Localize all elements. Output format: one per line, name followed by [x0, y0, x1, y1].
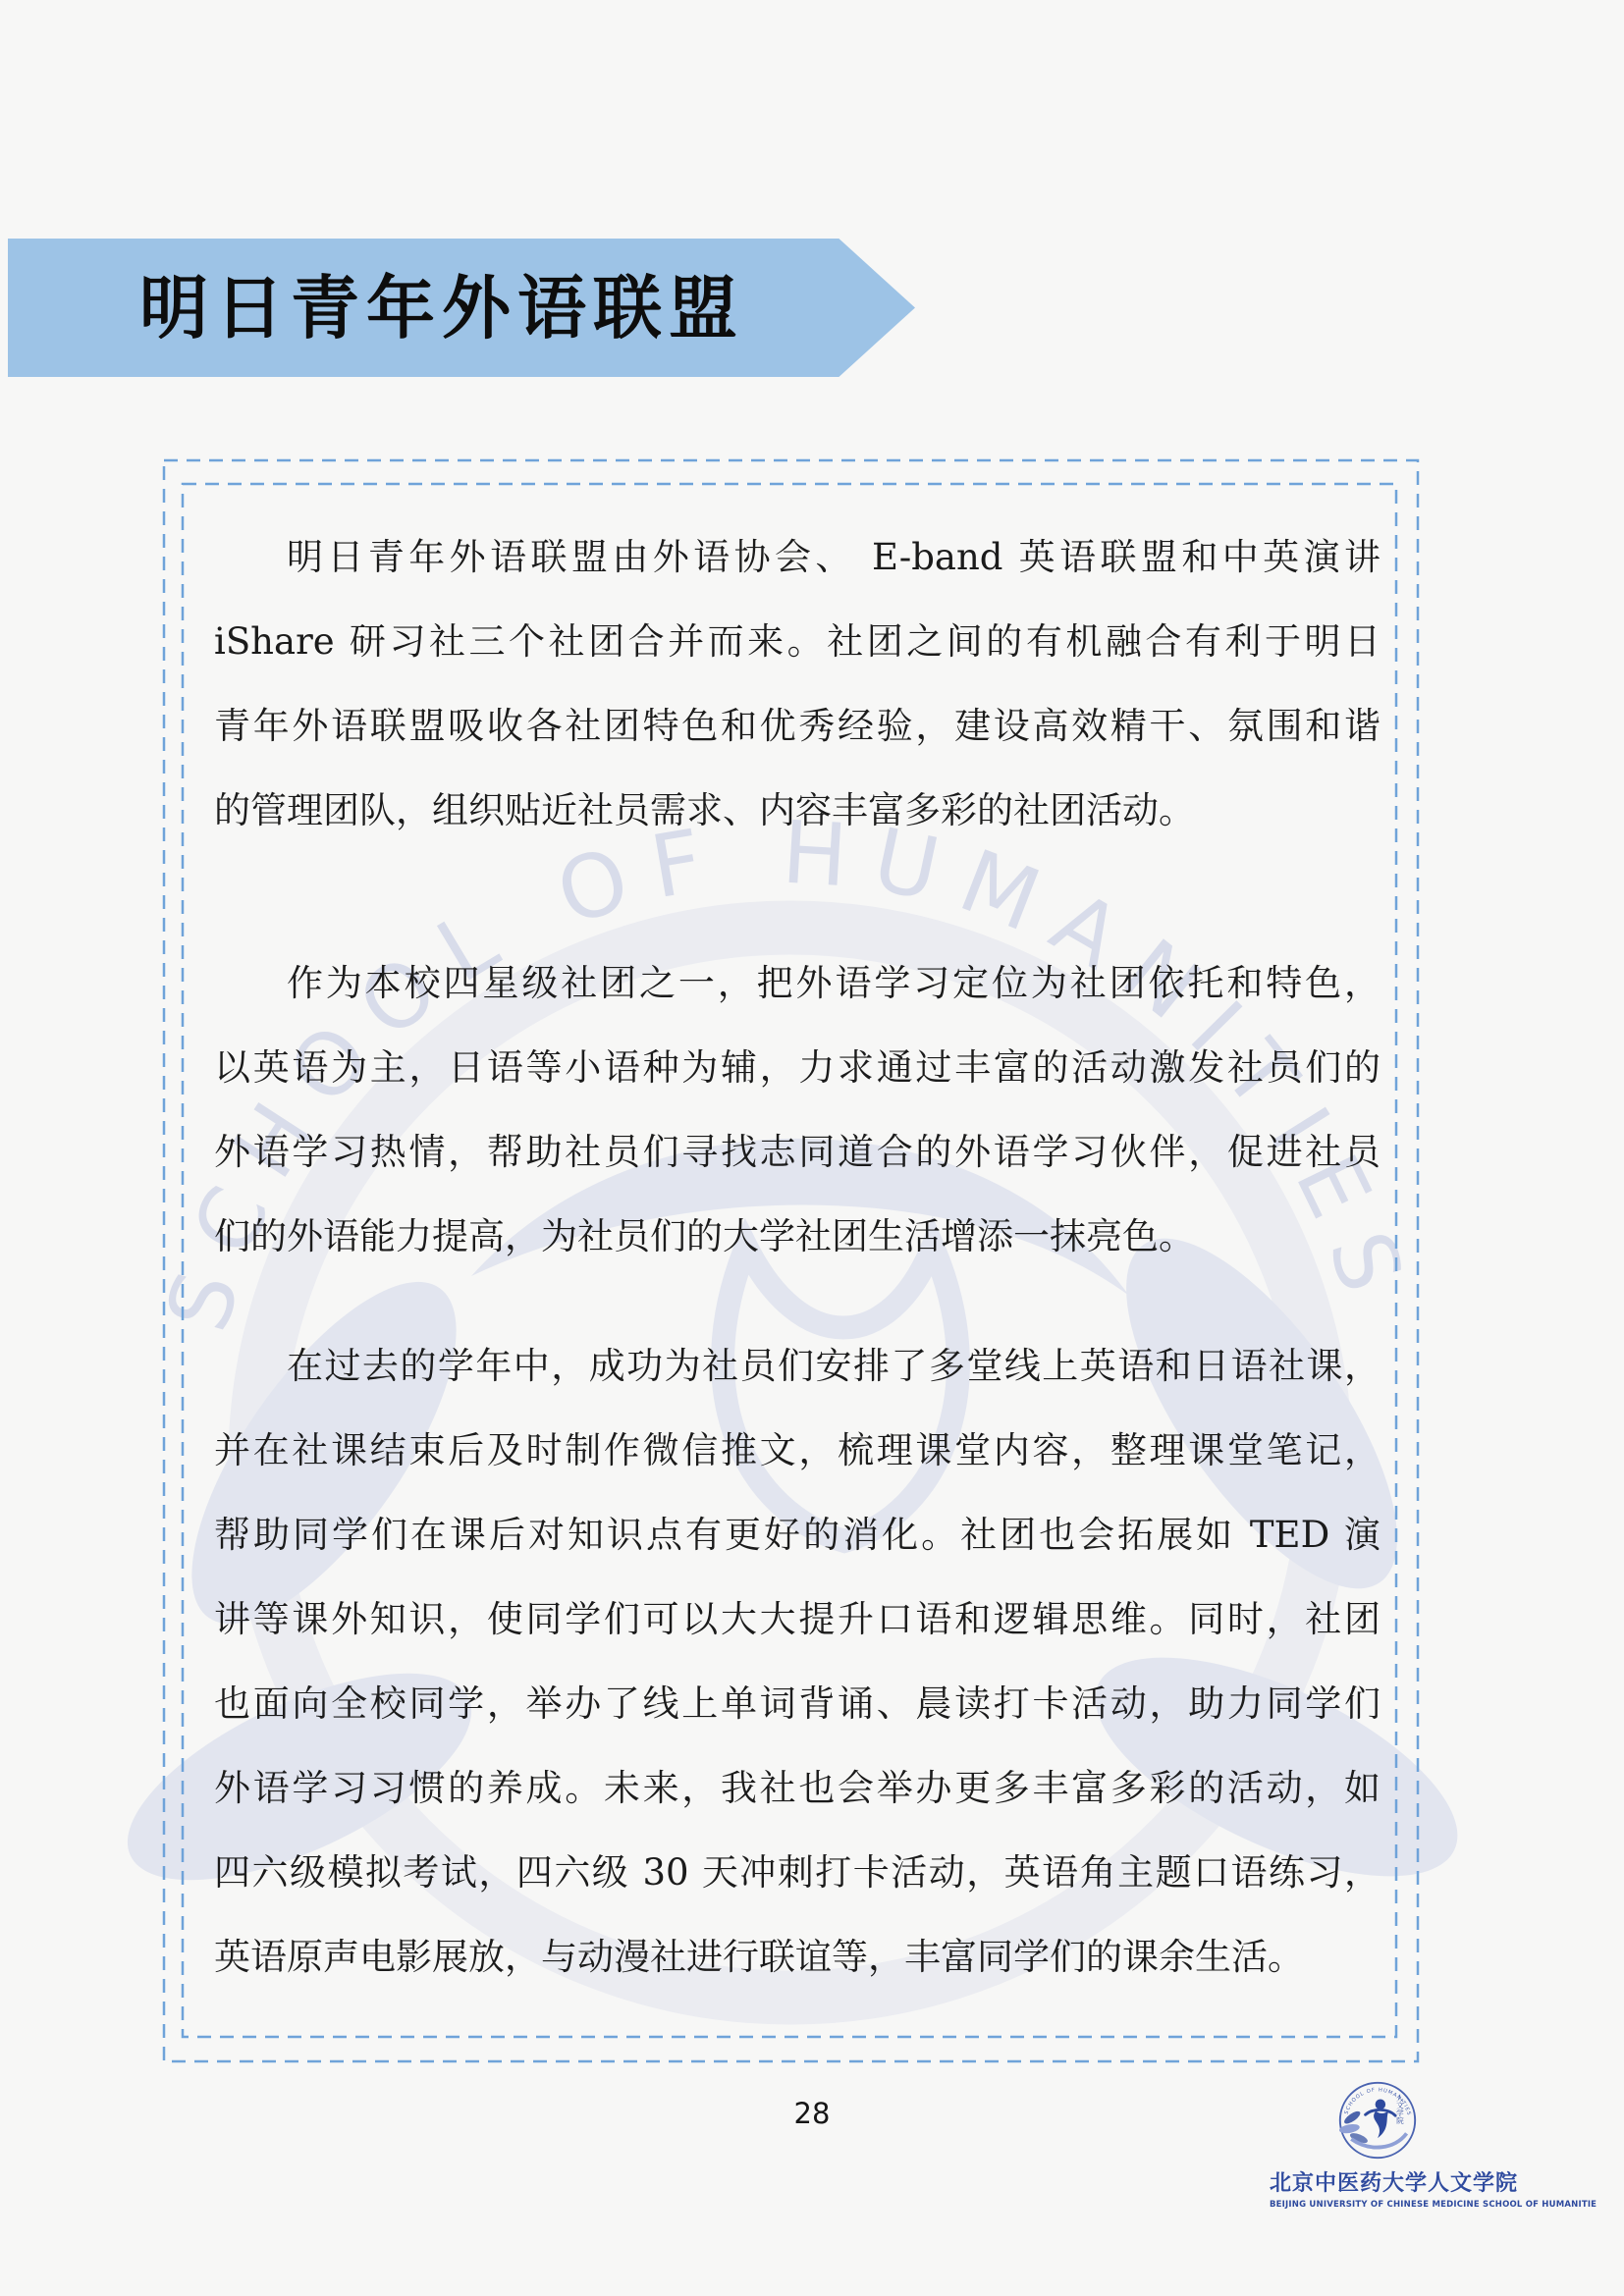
document-page: SCHOOL OF HUMANITIES 明日青年外语联盟 明日青年外语联盟由外…	[0, 0, 1624, 2296]
text-line: 讲等课外知识，使同学们可以大大提升口语和逻辑思维。同时，社团	[214, 1577, 1380, 1662]
paragraph-1: 明日青年外语联盟由外语协会、 E-band 英语联盟和中英演讲 iShare 研…	[214, 515, 1380, 853]
paragraph-3: 在过去的学年中，成功为社员们安排了多堂线上英语和日语社课， 并在社课结束后及时制…	[214, 1324, 1380, 2000]
text-line: 帮助同学们在课后对知识点有更好的消化。社团也会拓展如 TED 演	[214, 1493, 1380, 1577]
school-emblem-icon: SCHOOL OF HUMANITIES 人文学院	[1328, 2079, 1427, 2162]
text-line: 外语学习热情，帮助社员们寻找志同道合的外语学习伙伴，促进社员	[214, 1110, 1380, 1195]
emblem-figure	[1366, 2100, 1396, 2139]
paragraph-2: 作为本校四星级社团之一，把外语学习定位为社团依托和特色， 以英语为主，日语等小语…	[214, 941, 1380, 1279]
text-line: 青年外语联盟吸收各社团特色和优秀经验，建设高效精干、氛围和谐	[214, 684, 1380, 769]
text-line: 作为本校四星级社团之一，把外语学习定位为社团依托和特色，	[214, 941, 1380, 1026]
text-line: iShare 研习社三个社团合并而来。社团之间的有机融合有利于明日	[214, 600, 1380, 684]
text-line: 英语原声电影展放，与动漫社进行联谊等，丰富同学们的课余生活。	[214, 1915, 1380, 2000]
school-name-cn: 北京中医药大学人文学院	[1270, 2166, 1486, 2197]
emblem-seal-text: 人文学院	[1395, 2093, 1404, 2125]
school-name-en: BEIJING UNIVERSITY OF CHINESE MEDICINE S…	[1270, 2200, 1486, 2210]
text-line: 们的外语能力提高，为社员们的大学社团生活增添一抹亮色。	[214, 1195, 1380, 1279]
school-logo: SCHOOL OF HUMANITIES 人文学院 北京中医药大学人文学院 BE…	[1270, 2079, 1486, 2210]
text-line: 也面向全校同学，举办了线上单词背诵、晨读打卡活动，助力同学们	[214, 1662, 1380, 1746]
text-line: 以英语为主，日语等小语种为辅，力求通过丰富的活动激发社员们的	[214, 1026, 1380, 1110]
text-line: 明日青年外语联盟由外语协会、 E-band 英语联盟和中英演讲	[214, 515, 1380, 600]
text-line: 并在社课结束后及时制作微信推文，梳理课堂内容，整理课堂笔记，	[214, 1409, 1380, 1493]
text-line: 的管理团队，组织贴近社员需求、内容丰富多彩的社团活动。	[214, 769, 1380, 853]
article-text: 明日青年外语联盟由外语协会、 E-band 英语联盟和中英演讲 iShare 研…	[214, 515, 1380, 2000]
text-line: 四六级模拟考试，四六级 30 天冲刺打卡活动，英语角主题口语练习，	[214, 1831, 1380, 1915]
text-line: 外语学习习惯的养成。未来，我社也会举办更多丰富多彩的活动，如	[214, 1746, 1380, 1831]
text-line: 在过去的学年中，成功为社员们安排了多堂线上英语和日语社课，	[214, 1324, 1380, 1409]
